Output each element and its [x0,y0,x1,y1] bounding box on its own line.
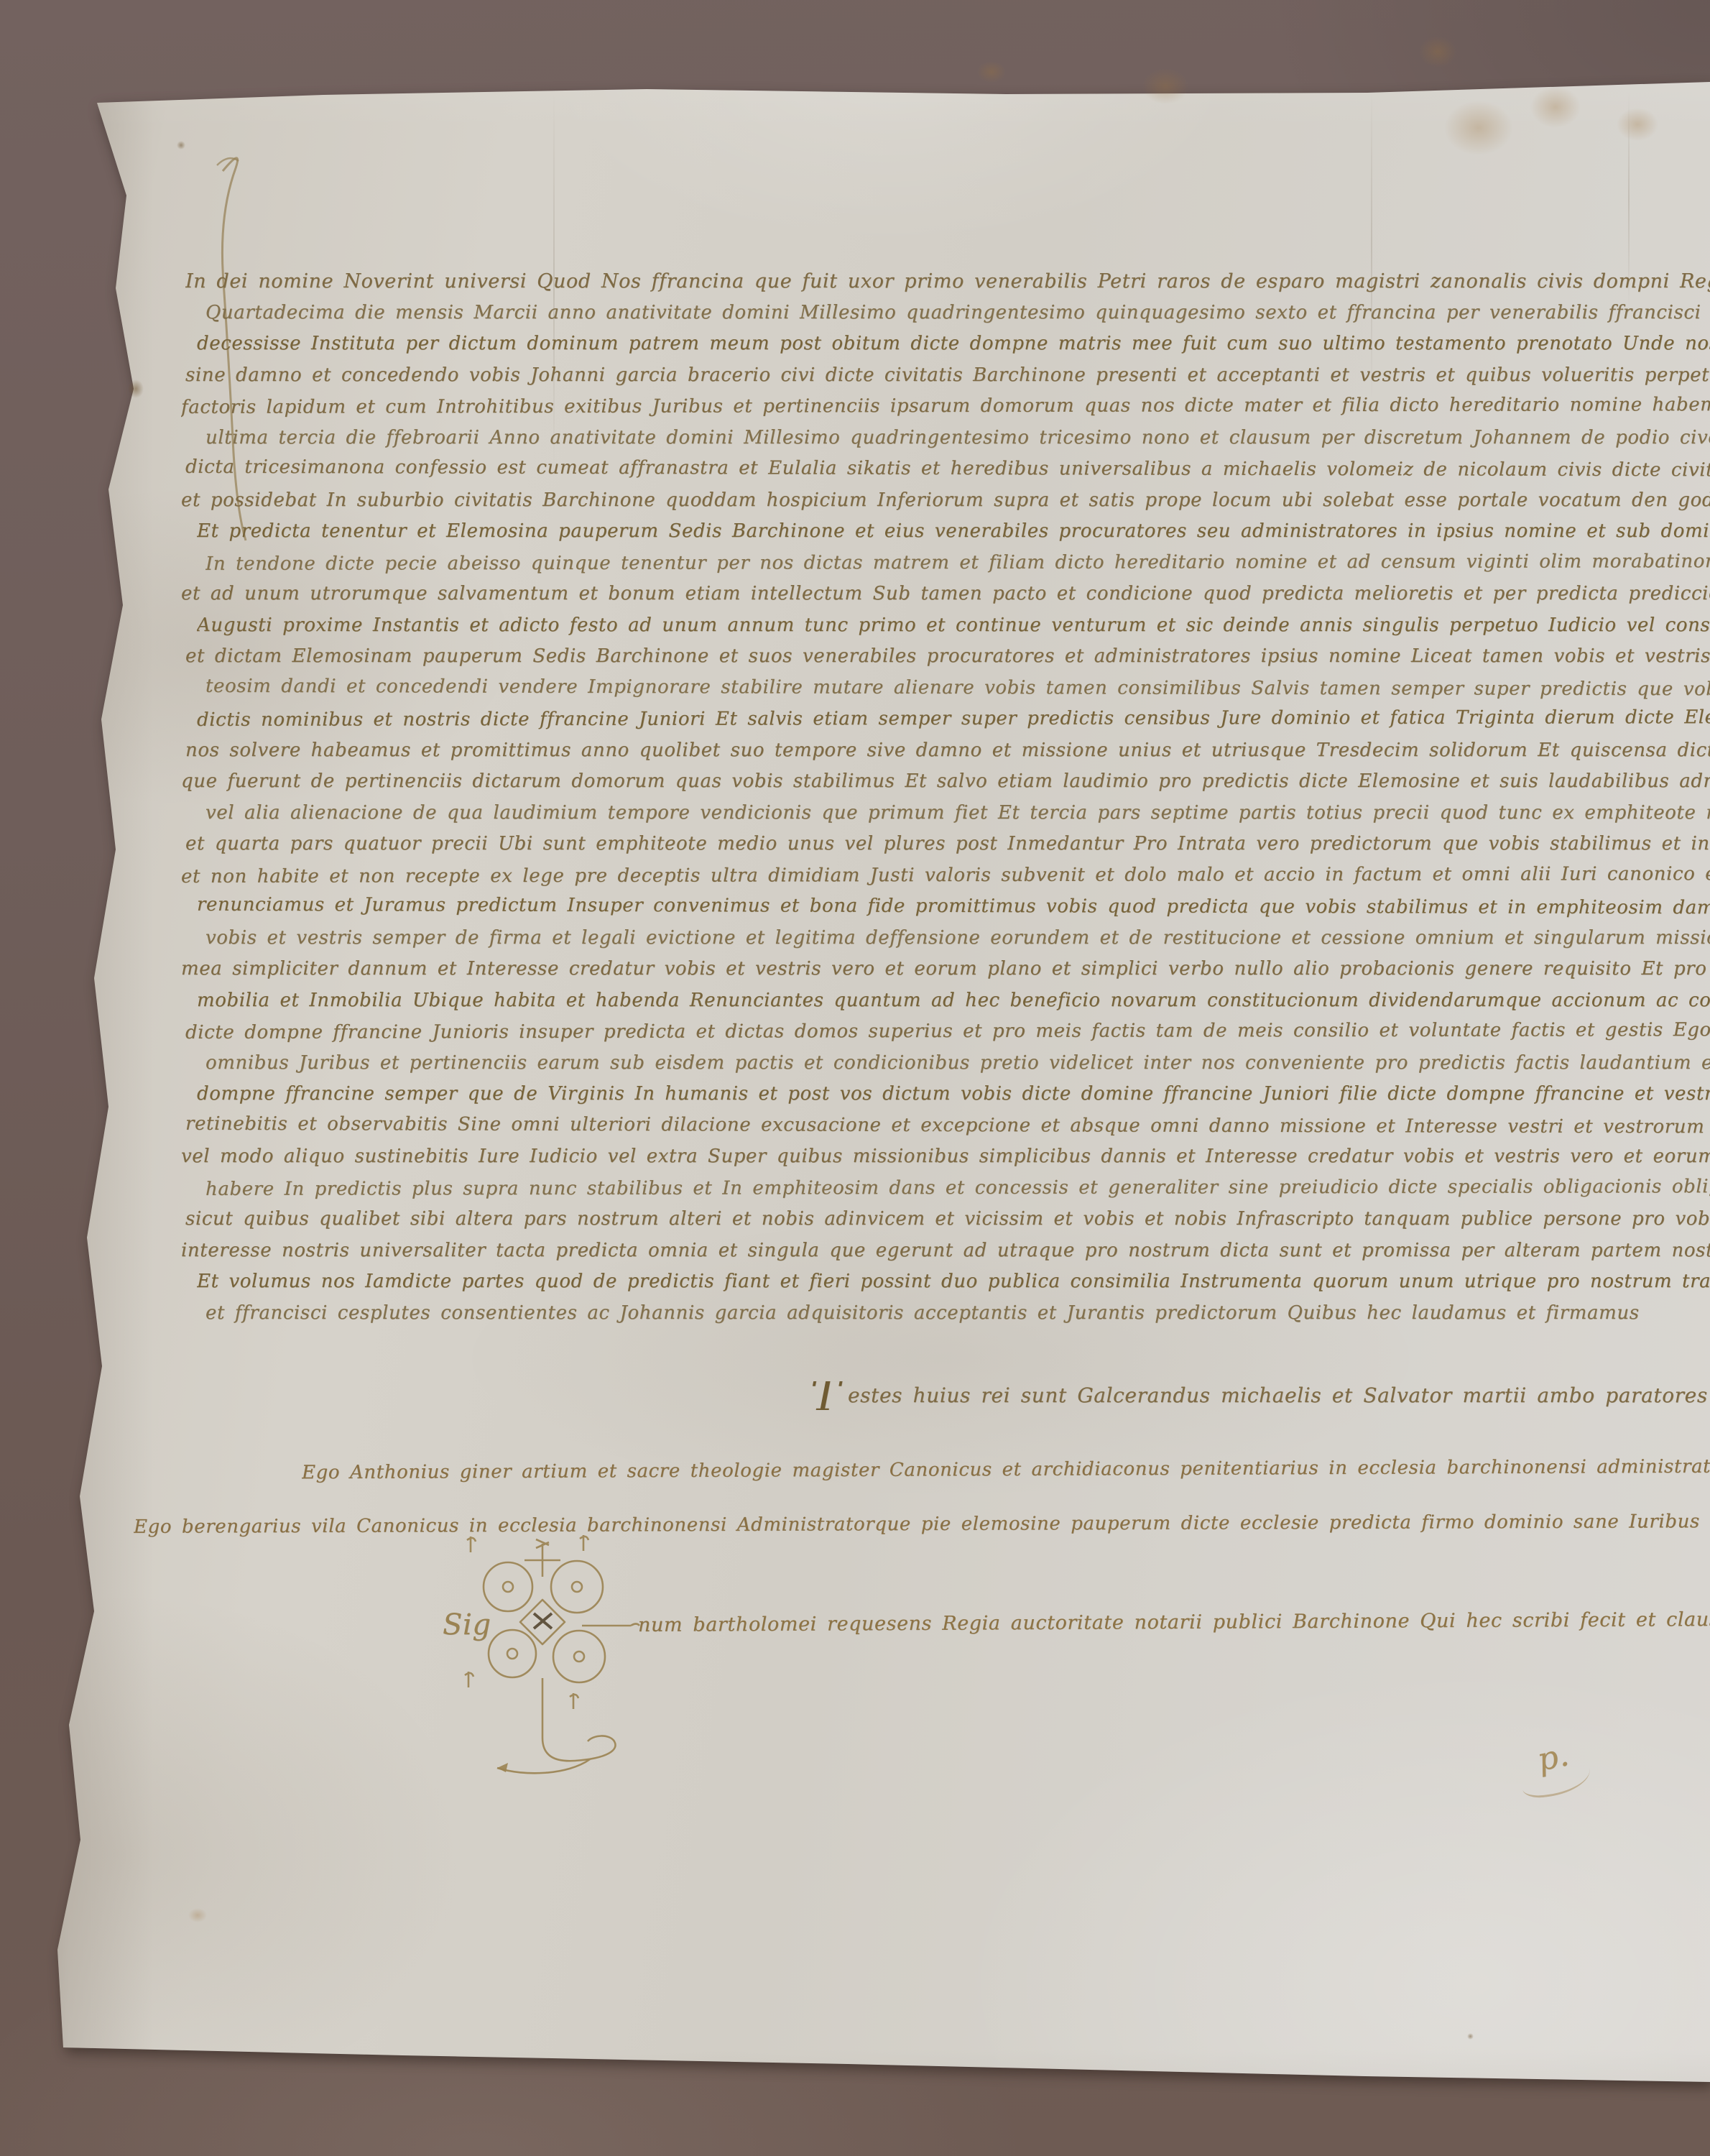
manuscript-line: et dictam Elemosinam pauperum Sedis Barc… [185,641,1710,673]
sign-circle-top-left [484,1562,532,1611]
manuscript-line: dictis nominibus et nostris dicte ffranc… [197,702,1710,736]
notarial-sig-prefix: Sig [443,1608,491,1641]
manuscript-line: vel alia alienacione de qua laudimium te… [205,798,1710,829]
manuscript-line: Et volumus nos Iamdicte partes quod de p… [197,1266,1710,1298]
manuscript-line: et possidebat In suburbio civitatis Barc… [181,485,1710,517]
manuscript-body-text: In dei nomine Noverint universi Quod Nos… [181,266,1710,1365]
manuscript-line: In tendone dicte pecie abeisso quinque t… [205,546,1710,580]
manuscript-line: interesse nostris universaliter tacta pr… [181,1235,1710,1267]
manuscript-line: et quarta pars quatuor precii Ubi sunt e… [185,829,1710,860]
manuscript-line: mobilia et Inmobilia Ubique habita et ha… [197,985,1710,1017]
sign-descender [542,1678,616,1761]
manuscript-line: ultima tercia die ffebroarii Anno anativ… [205,423,1710,454]
manuscript-line: retinebitis et observabitis Sine omni ul… [185,1108,1710,1143]
manuscript-line: vel modo aliquo sustinebitis Iure Iudici… [181,1141,1710,1173]
manuscript-line: et non habite et non recepte ex lege pre… [181,859,1710,893]
manuscript-line: factoris lapidum et cum Introhitibus exi… [181,390,1710,423]
sign-circle-bottom-left [489,1630,536,1677]
sign-circle-top-right [551,1561,603,1613]
manuscript-line: et ad unum utrorumque salvamentum et bon… [181,579,1710,610]
sign-rule-to-text [582,1624,639,1626]
manuscript-line: sicut quibus qualibet sibi altera pars n… [185,1204,1710,1235]
manuscript-line: dompne ffrancine semper que de Virginis … [197,1079,1710,1110]
manuscript-line: decessisse Instituta per dictum dominum … [197,328,1710,360]
manuscript-line: Augusti proxime Instantis et adicto fest… [197,610,1710,642]
sign-cross [524,1539,560,1577]
manuscript-line: Quartadecima die mensis Marcii anno anat… [205,298,1710,329]
manuscript-line: dicta tricesimanona confessio est cumeat… [185,452,1710,487]
manuscript-line: et ffrancisci cesplutes consentientes ac… [205,1298,1710,1330]
framed-manuscript-photo: In dei nomine Noverint universi Quod Nos… [0,0,1710,2156]
manuscript-line: teosim dandi et concedendi vendere Impig… [205,671,1710,705]
manuscript-line: renunciamus et Juramus predictum Insuper… [197,890,1710,924]
sign-dark-interlace [534,1613,552,1628]
witness-text: estes huius rei sunt Galcerandus michael… [848,1383,1710,1407]
manuscript-line: mea simpliciter dannum et Interesse cred… [181,954,1710,985]
manuscript-line: nos solvere habeamus et promittimus anno… [185,735,1710,767]
manuscript-line: dicte dompne ffrancine Junioris insuper … [185,1015,1710,1049]
notarial-sign-icon [431,1531,690,1761]
witness-clause: Testes huius rei sunt Galcerandus michae… [810,1381,1710,1410]
manuscript-line: In dei nomine Noverint universi Quod Nos… [185,266,1710,298]
manuscript-line: que fuerunt de pertinenciis dictarum dom… [181,766,1710,798]
sign-circle-bottom-right [553,1631,605,1682]
manuscript-line: Et predicta tenentur et Elemosina pauper… [197,516,1710,548]
manuscript-line: sine damno et concedendo vobis Johanni g… [185,360,1710,392]
manuscript-line: omnibus Juribus et pertinenciis earum su… [205,1048,1710,1079]
witness-initial: T [810,1381,841,1410]
manuscript-line: vobis et vestris semper de firma et lega… [205,923,1710,954]
manuscript-line: habere In predictis plus supra nunc stab… [205,1171,1710,1205]
